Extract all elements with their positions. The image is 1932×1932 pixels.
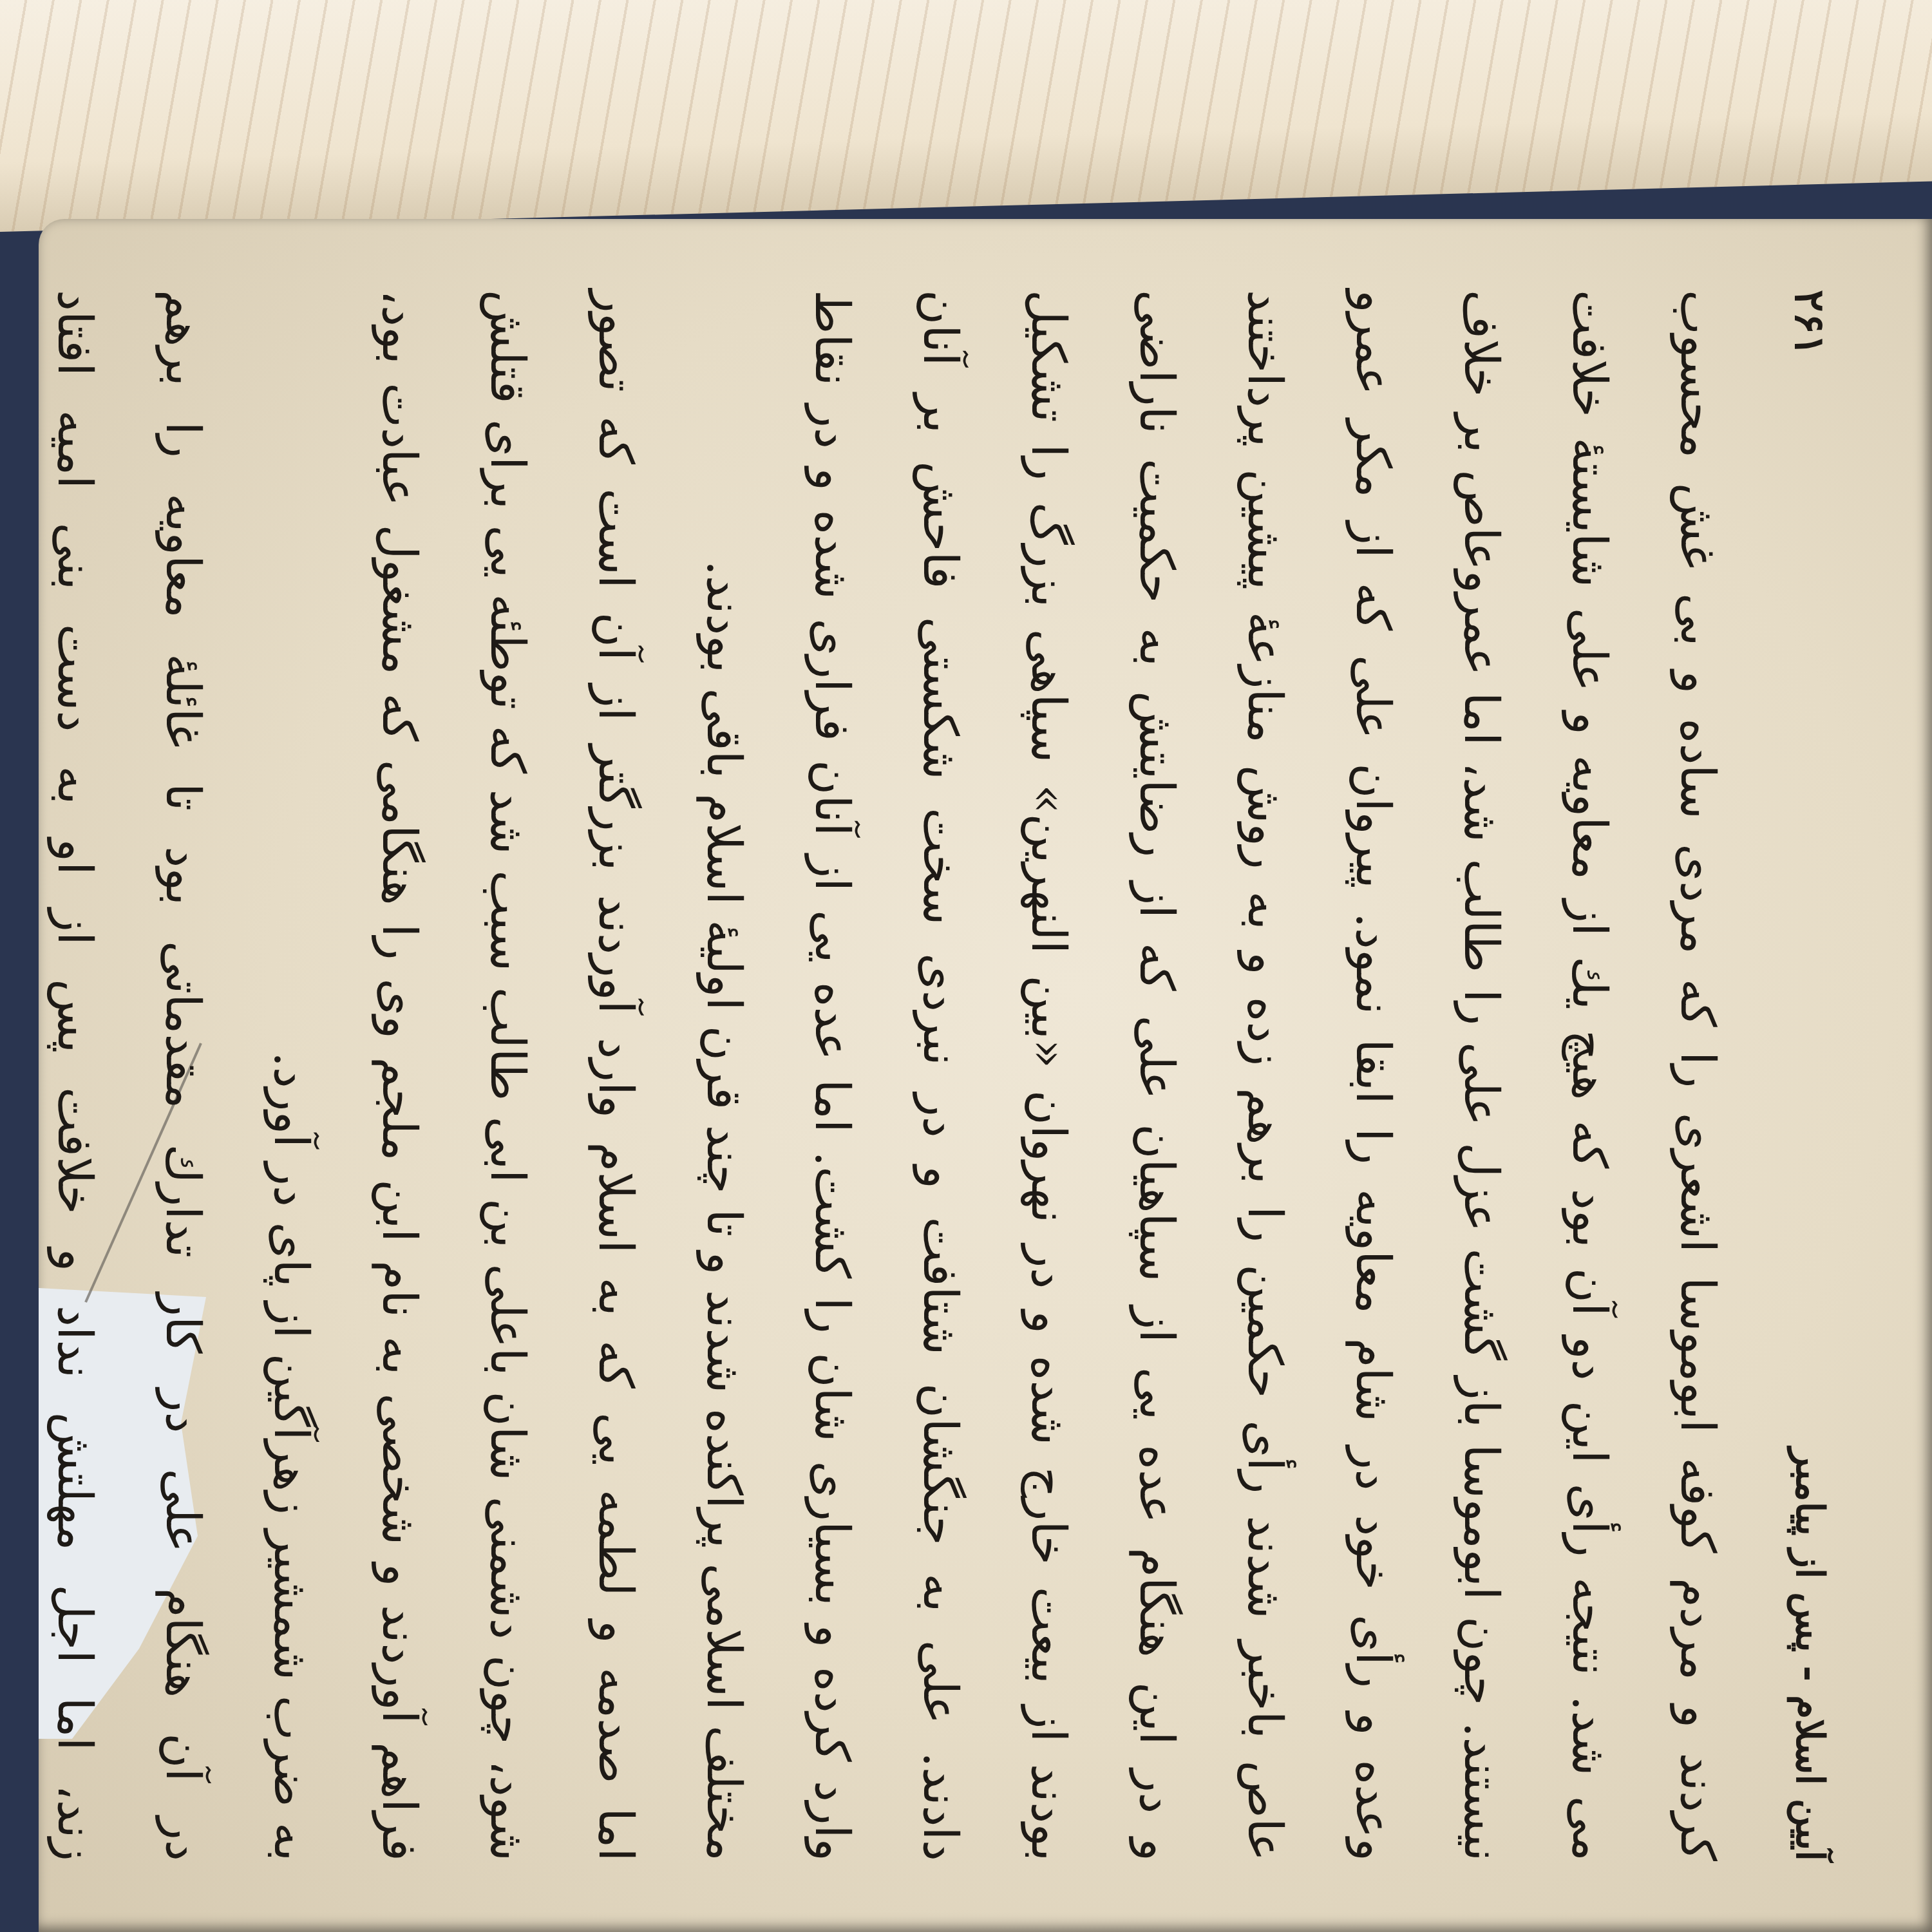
page-header: آیین اسلام - پس از پیامبر ۲۶۱: [1771, 264, 1848, 1887]
text-line: اما صدمه و لطمه یی که به اسلام وارد آورد…: [562, 290, 670, 1861]
text-line: در آن هنگام علی در کار تدارك مقدماتی بود…: [129, 290, 237, 1861]
text-line: وارد کرده و بسیاری شان را کشت. اما عده ی…: [778, 290, 886, 1861]
text-line: می شد. نتیجه رأی این دو آن بود که هیچ یك…: [1535, 290, 1643, 1861]
text-line: وعده و رأی خود در شام معاویه را ابقا نمو…: [1319, 290, 1427, 1861]
text-line: زند، اما اجل مهلتش نداد و خلافت پس از او…: [21, 290, 129, 1861]
text-line: فراهم آوردند و شخصی به نام ابن ملجم وی ر…: [345, 290, 453, 1861]
text-line: کردند و مردم کوفه ابوموسا اشعری را که مر…: [1643, 290, 1752, 1861]
text-line: بودند از بیعت خارج شده و در نهروان «بین …: [994, 290, 1103, 1861]
body-text: کردند و مردم کوفه ابوموسا اشعری را که مر…: [0, 264, 1771, 1887]
text-line: به ضرب شمشیر زهرآگین از پای در آورد.: [237, 290, 345, 1861]
text-line: عاص باخبر شدند رأی حکمین را برهم زده و ب…: [1211, 290, 1319, 1861]
running-title: آیین اسلام - پس از پیامبر: [1787, 1448, 1832, 1861]
text-line: خود را رسماً خلیفه: [0, 290, 21, 1861]
facing-page: [0, 0, 1932, 232]
text-line: شود، چون دشمنی شان باعلی بن ابی طالب سبب…: [453, 290, 562, 1861]
text-line: مختلف اسلامی پراکنده شدند و تا چند قرن ا…: [670, 290, 778, 1861]
text-line: نیستند. چون ابوموسا باز گشت عزل علی را ط…: [1427, 290, 1535, 1861]
facing-page-text: [0, 0, 1932, 232]
text-line: دادند. علی به جنگشان شتافت و در نبردی سخ…: [886, 290, 994, 1861]
page-number: ۲۶۱: [1786, 290, 1834, 356]
page-content: آیین اسلام - پس از پیامبر ۲۶۱ کردند و مر…: [109, 264, 1848, 1887]
text-line: و در این هنگام عده یی از سپاهیان علی که …: [1103, 290, 1211, 1861]
